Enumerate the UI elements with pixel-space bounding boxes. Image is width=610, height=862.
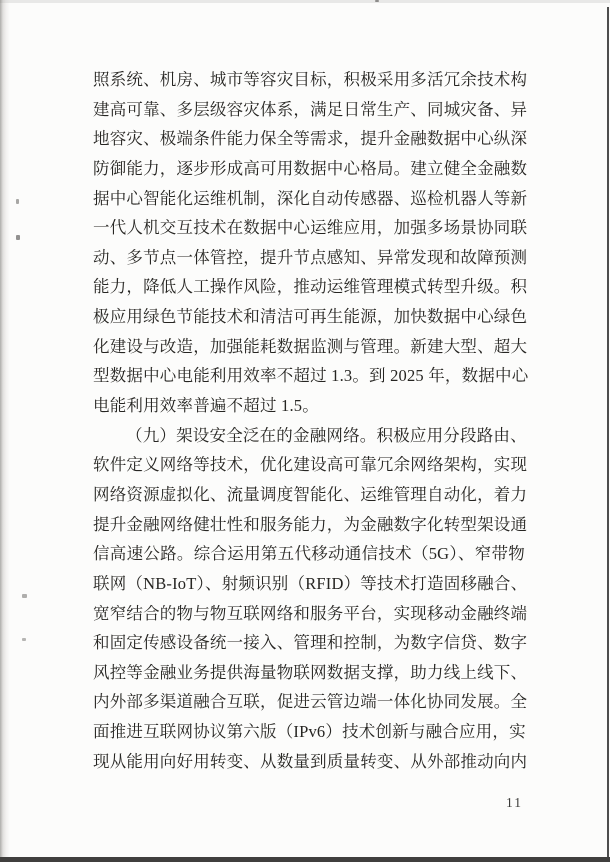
text-line: 动、多节点一体管控，提升节点感知、异常发现和故障预测	[93, 243, 525, 273]
scan-edge-left-shadow	[0, 0, 10, 862]
text-line: 宽窄结合的物与物互联网络和服务平台，实现移动金融终端	[93, 599, 525, 629]
text-line: 化建设与改造，加强能耗数据监测与管理。新建大型、超大	[93, 332, 525, 362]
text-line: 一代人机交互技术在数据中心运维应用，加强多场景协同联	[93, 213, 525, 243]
page-number: 11	[506, 795, 523, 811]
text-line: 风控等金融业务提供海量物联网数据支撑，助力线上线下、	[93, 658, 525, 688]
text-line: 和固定传感设备统一接入、管理和控制，为数字信贷、数字	[93, 628, 525, 658]
text-line: 软件定义网络等技术，优化建设高可靠冗余网络架构，实现	[93, 450, 525, 480]
text-line: 建高可靠、多层级容灾体系，满足日常生产、同城灾备、异	[93, 95, 525, 125]
text-line: 防御能力，逐步形成高可用数据中心格局。建立健全金融数	[93, 154, 525, 184]
text-line: 能力，降低人工操作风险，推动运维管理模式转型升级。积	[93, 272, 525, 302]
body-text: 照系统、机房、城市等容灾目标，积极采用多活冗余技术构建高可靠、多层级容灾体系，满…	[93, 65, 525, 776]
text-line: 信高速公路。综合运用第五代移动通信技术（5G）、窄带物	[93, 539, 525, 569]
text-line: 型数据中心电能利用效率不超过 1.3。到 2025 年，数据中心	[93, 361, 525, 391]
text-line: 内外部多渠道融合互联，促进云管边端一体化协同发展。全	[93, 687, 525, 717]
scan-speck	[16, 199, 19, 204]
text-line: 据中心智能化运维机制，深化自动传感器、巡检机器人等新	[93, 184, 525, 214]
text-line: 面推进互联网协议第六版（IPv6）技术创新与融合应用，实	[93, 717, 525, 747]
text-line: 电能利用效率普遍不超过 1.5。	[93, 391, 525, 421]
scan-speck	[22, 594, 27, 598]
text-line: 极应用绿色节能技术和清洁可再生能源，加快数据中心绿色	[93, 302, 525, 332]
scan-speck	[22, 638, 26, 641]
text-line: 网络资源虚拟化、流量调度智能化、运维管理自动化，着力	[93, 480, 525, 510]
text-line: 地容灾、极端条件能力保全等需求，提升金融数据中心纵深	[93, 124, 525, 154]
text-line: （九）架设安全泛在的金融网络。积极应用分段路由、	[93, 421, 525, 451]
text-line: 照系统、机房、城市等容灾目标，积极采用多活冗余技术构	[93, 65, 525, 95]
text-line: 联网（NB-IoT）、射频识别（RFID）等技术打造固移融合、	[93, 569, 525, 599]
scan-speck	[16, 235, 20, 240]
scan-edge-bottom-band	[0, 857, 610, 862]
scan-speck	[375, 0, 379, 2]
text-line: 提升金融网络健壮性和服务能力，为金融数字化转型架设通	[93, 510, 525, 540]
scan-edge-top	[0, 0, 610, 3]
scanned-document-page: 照系统、机房、城市等容灾目标，积极采用多活冗余技术构建高可靠、多层级容灾体系，满…	[0, 0, 610, 862]
text-line: 现从能用向好用转变、从数量到质量转变、从外部推动向内	[93, 747, 525, 777]
scan-edge-right-line	[607, 7, 609, 862]
